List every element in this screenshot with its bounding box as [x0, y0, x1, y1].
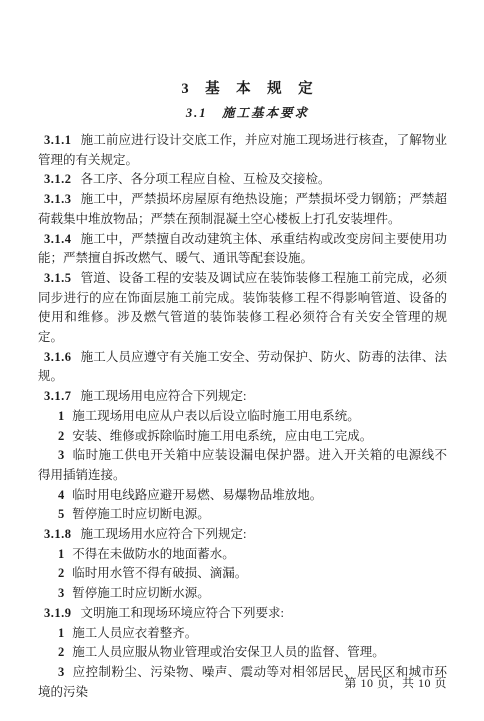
- item-number: 2: [58, 566, 64, 580]
- clause-number: 3.1.2: [44, 172, 72, 186]
- item-number: 1: [58, 547, 64, 561]
- clause-3-1-8-item-1: 1不得在未做防水的地面蓄水。: [38, 545, 447, 565]
- item-text: 暂停施工时应切断水源。: [72, 586, 210, 600]
- item-number: 2: [58, 429, 64, 443]
- clause-number: 3.1.7: [44, 389, 72, 403]
- clause-3-1-7: 3.1.7施工现场用电应符合下列规定:: [38, 387, 447, 407]
- clause-text: 施工中，严禁损坏房屋原有绝热设施；严禁损坏受力钢筋；严禁超荷载集中堆放物品；严禁…: [38, 192, 447, 226]
- item-text: 施工人员应服从物业管理或治安保卫人员的监督、管理。: [72, 645, 385, 659]
- item-number: 1: [58, 409, 64, 423]
- item-text: 暂停施工时应切断电源。: [72, 507, 210, 521]
- clause-3-1-7-item-3: 3临时施工供电开关箱中应装设漏电保护器。进入开关箱的电源线不得用插销连接。: [38, 446, 447, 485]
- clause-text: 施工人员应遵守有关施工安全、劳动保护、防火、防毒的法律、法规。: [38, 350, 447, 384]
- item-number: 3: [58, 586, 64, 600]
- clause-3-1-9-item-2: 2施工人员应服从物业管理或治安保卫人员的监督、管理。: [38, 643, 447, 663]
- page-number: 第 10 页，共 10 页: [344, 674, 447, 691]
- clause-3-1-8-item-3: 3暂停施工时应切断水源。: [38, 584, 447, 604]
- clause-text: 各工序、各分项工程应自检、互检及交接检。: [81, 172, 331, 186]
- clause-3-1-8: 3.1.8施工现场用水应符合下列规定:: [38, 525, 447, 545]
- clause-number: 3.1.6: [44, 350, 72, 364]
- clause-text: 管道、设备工程的安装及调试应在装饰装修工程施工前完成，必须同步进行的应在饰面层施…: [38, 271, 447, 344]
- clause-3-1-4: 3.1.4施工中，严禁擅自改动建筑主体、承重结构或改变房间主要使用功能；严禁擅自…: [38, 230, 447, 269]
- clause-3-1-3: 3.1.3施工中，严禁损坏房屋原有绝热设施；严禁损坏受力钢筋；严禁超荷载集中堆放…: [38, 190, 447, 229]
- clause-3-1-2: 3.1.2各工序、各分项工程应自检、互检及交接检。: [38, 170, 447, 190]
- clause-3-1-9-item-1: 1施工人员应衣着整齐。: [38, 624, 447, 644]
- item-number: 5: [58, 507, 64, 521]
- clause-number: 3.1.8: [44, 527, 72, 541]
- item-text: 施工现场用电应从户表以后设立临时施工用电系统。: [72, 409, 360, 423]
- clause-number: 3.1.1: [44, 133, 72, 147]
- clause-3-1-7-item-2: 2安装、维修或拆除临时施工用电系统，应由电工完成。: [38, 427, 447, 447]
- item-number: 2: [58, 645, 64, 659]
- document-body: 3.1.1施工前应进行设计交底工作，并应对施工现场进行核查，了解物业管理的有关规…: [38, 131, 447, 702]
- clause-3-1-1: 3.1.1施工前应进行设计交底工作，并应对施工现场进行核查，了解物业管理的有关规…: [38, 131, 447, 170]
- clause-3-1-7-item-5: 5暂停施工时应切断电源。: [38, 505, 447, 525]
- clause-number: 3.1.4: [44, 232, 72, 246]
- clause-text: 施工现场用电应符合下列规定:: [81, 389, 247, 403]
- clause-3-1-9: 3.1.9文明施工和现场环境应符合下列要求:: [38, 604, 447, 624]
- clause-number: 3.1.9: [44, 606, 72, 620]
- clause-3-1-8-item-2: 2临时用水管不得有破损、滴漏。: [38, 564, 447, 584]
- clause-3-1-6: 3.1.6施工人员应遵守有关施工安全、劳动保护、防火、防毒的法律、法规。: [38, 348, 447, 387]
- item-text: 临时用水管不得有破损、滴漏。: [72, 566, 247, 580]
- item-text: 临时用电线路应避开易燃、易爆物品堆放地。: [72, 488, 322, 502]
- clause-3-1-7-item-1: 1施工现场用电应从户表以后设立临时施工用电系统。: [38, 407, 447, 427]
- clause-text: 施工中，严禁擅自改动建筑主体、承重结构或改变房间主要使用功能；严禁擅自拆改燃气、…: [38, 232, 447, 266]
- item-number: 3: [58, 665, 64, 679]
- item-text: 不得在未做防水的地面蓄水。: [72, 547, 235, 561]
- document-page: 3 基 本 规 定 3.1 施工基本要求 3.1.1施工前应进行设计交底工作，并…: [0, 0, 484, 721]
- item-text: 安装、维修或拆除临时施工用电系统，应由电工完成。: [72, 429, 372, 443]
- clause-3-1-5: 3.1.5管道、设备工程的安装及调试应在装饰装修工程施工前完成，必须同步进行的应…: [38, 269, 447, 348]
- item-number: 4: [58, 488, 64, 502]
- item-number: 3: [58, 448, 64, 462]
- chapter-title: 3 基 本 规 定: [38, 77, 457, 98]
- clause-number: 3.1.5: [44, 271, 72, 285]
- clause-text: 文明施工和现场环境应符合下列要求:: [81, 606, 284, 620]
- item-text: 临时施工供电开关箱中应装设漏电保护器。进入开关箱的电源线不得用插销连接。: [38, 448, 447, 482]
- clause-text: 施工前应进行设计交底工作，并应对施工现场进行核查，了解物业管理的有关规定。: [38, 133, 447, 167]
- clause-number: 3.1.3: [44, 192, 72, 206]
- clause-text: 施工现场用水应符合下列规定:: [81, 527, 247, 541]
- item-number: 1: [58, 626, 64, 640]
- item-text: 施工人员应衣着整齐。: [72, 626, 197, 640]
- clause-3-1-7-item-4: 4临时用电线路应避开易燃、易爆物品堆放地。: [38, 486, 447, 506]
- section-title: 3.1 施工基本要求: [38, 103, 457, 121]
